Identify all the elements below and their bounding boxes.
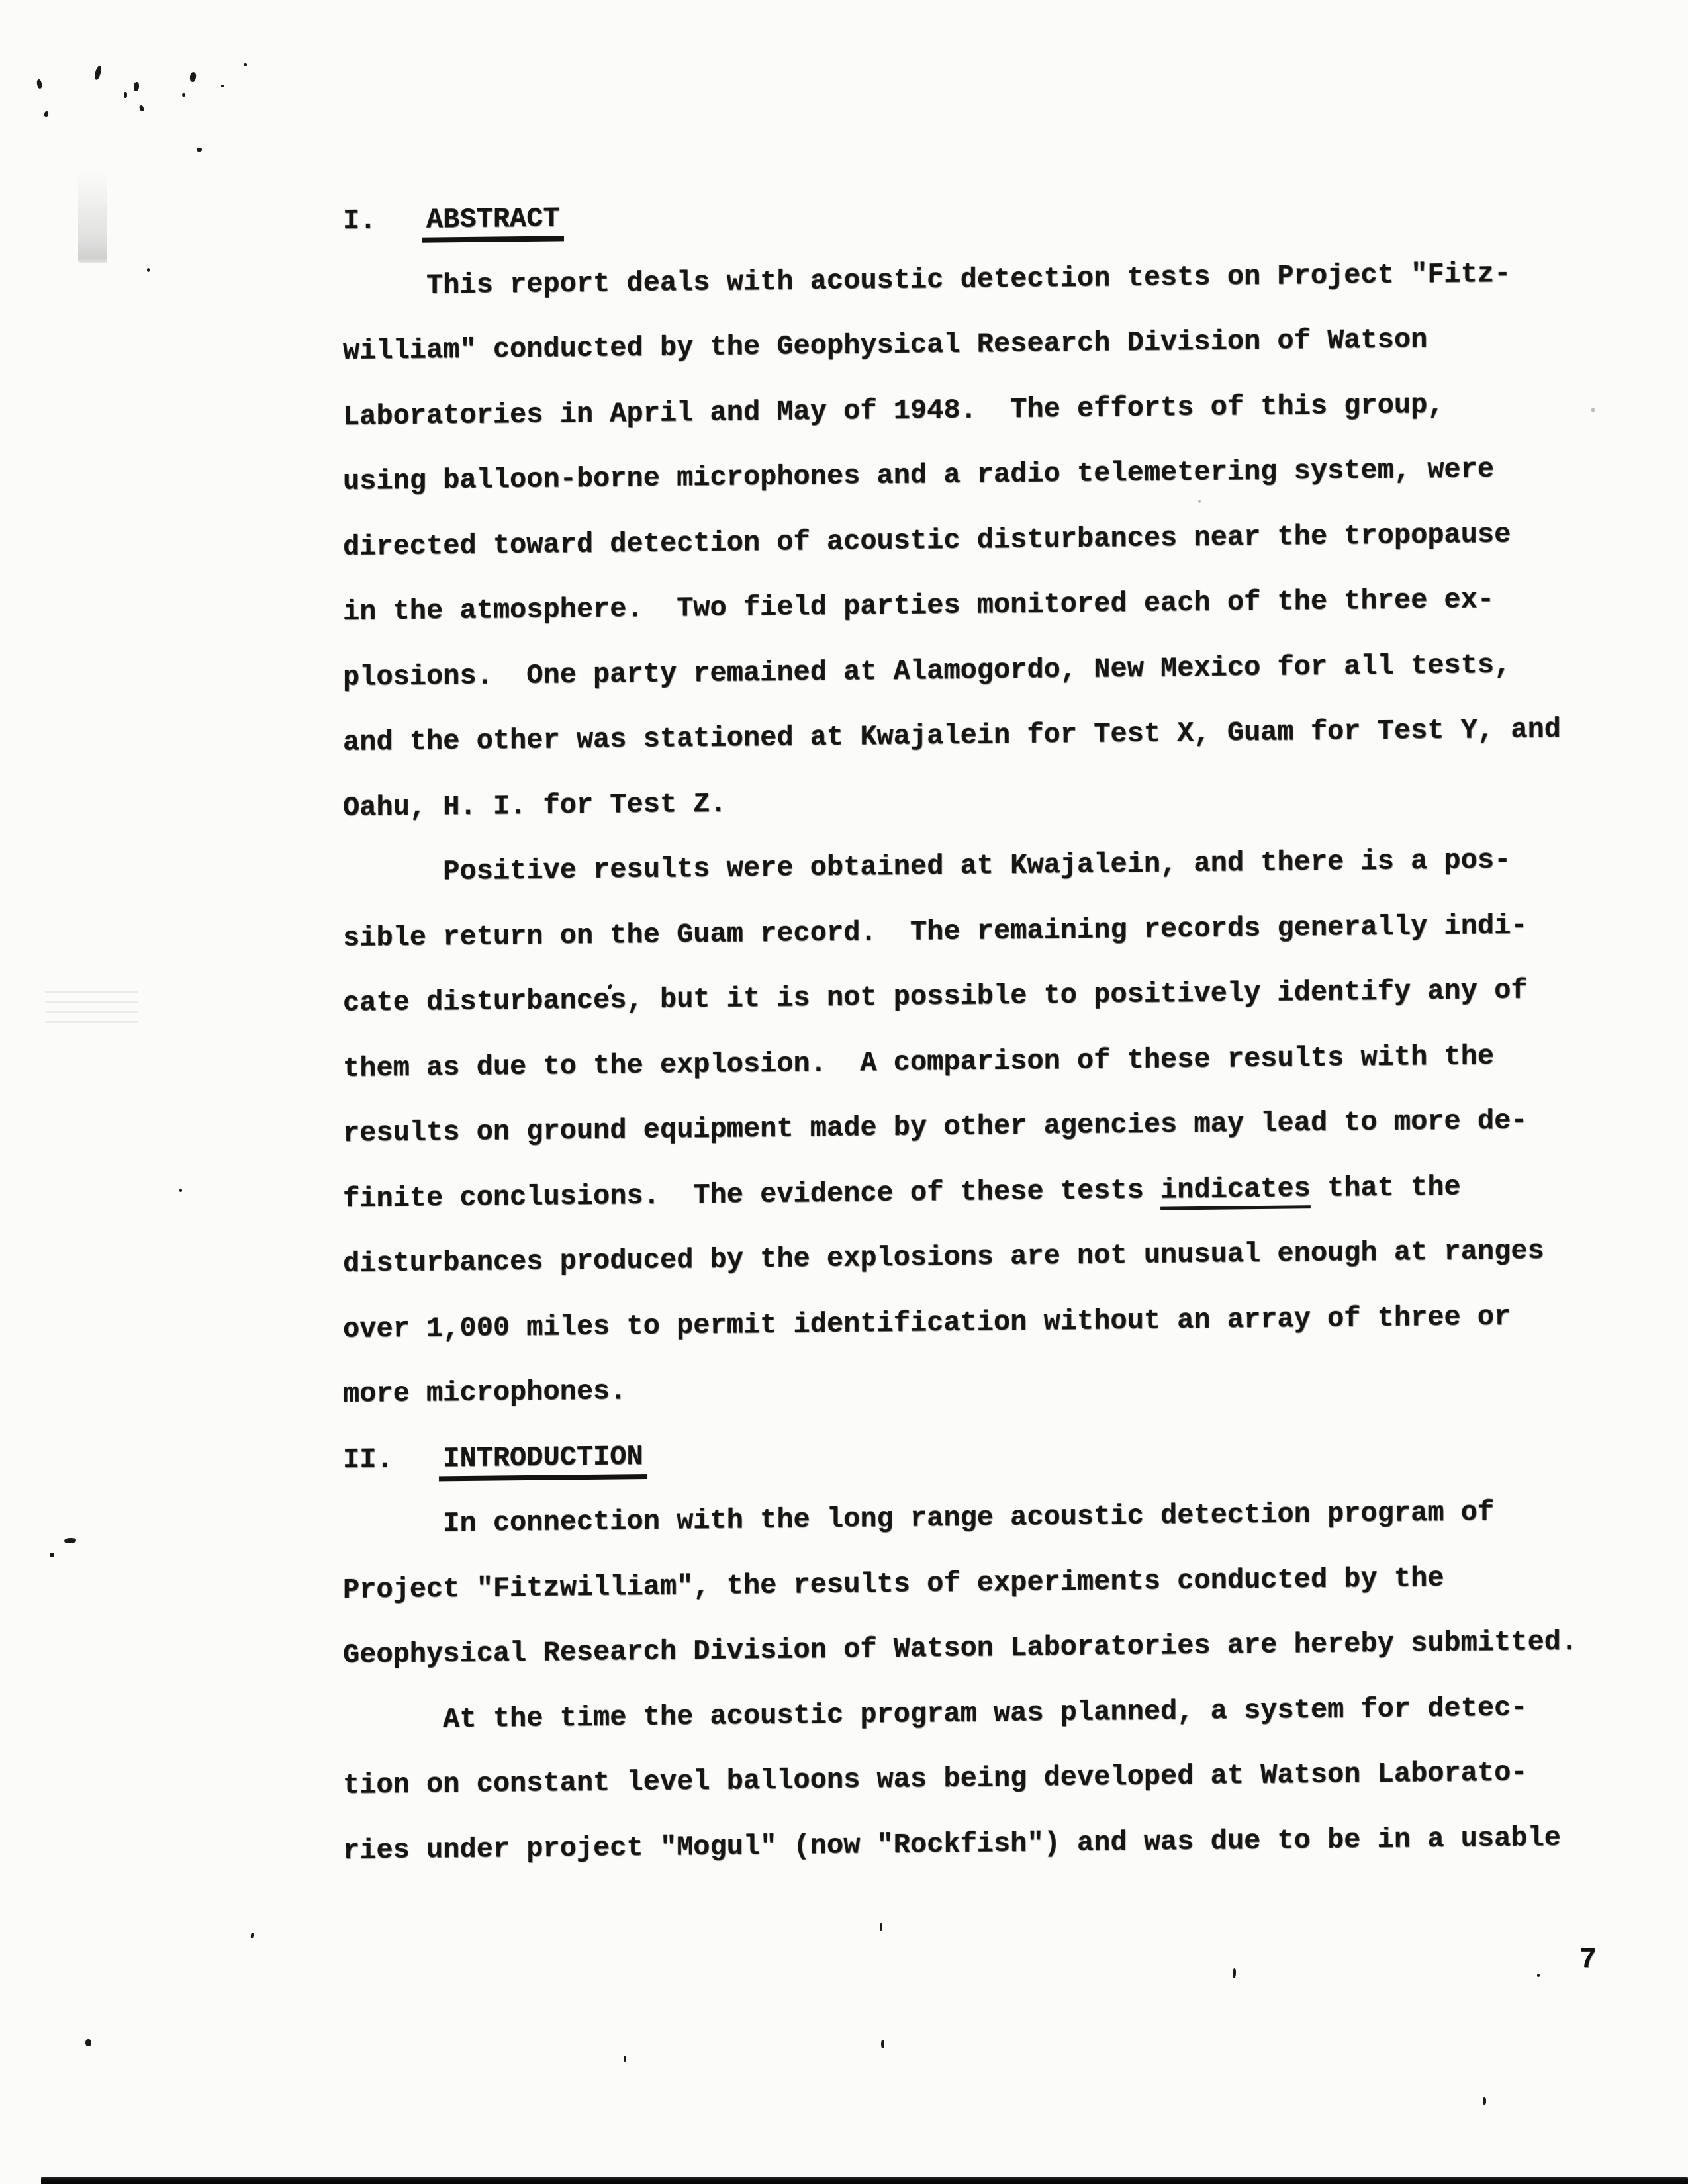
scan-faint-band (45, 991, 138, 1028)
text-run: indicates (1160, 1173, 1311, 1210)
text-run: that the (1311, 1171, 1461, 1204)
text-run: finite conclusions. The evidence of thes… (343, 1174, 1160, 1214)
scanned-page: I. ABSTRACT This report deals with acous… (0, 0, 1688, 2184)
text-run: them as due to the explosion. A comparis… (343, 1040, 1494, 1085)
ink-speck (221, 85, 224, 87)
page-number: 7 (1579, 1943, 1597, 1976)
text-run: william" conducted by the Geophysical Re… (343, 324, 1427, 367)
ink-speck (197, 148, 202, 152)
faint-speck (1198, 500, 1201, 503)
ink-speck (881, 2040, 884, 2048)
text-run: plosions. One party remained at Alamogor… (343, 649, 1511, 693)
text-run: This report deals with acoustic detectio… (343, 257, 1511, 302)
text-run: Positive results were obtained at Kwajal… (343, 844, 1511, 889)
text-line: results on ground equipment made by othe… (343, 1088, 1577, 1167)
ink-speck (182, 93, 185, 97)
ink-speck (624, 2056, 626, 2062)
ink-speck (124, 92, 127, 98)
text-run: sible return on the Guam record. The rem… (343, 909, 1528, 954)
ink-speck (880, 1923, 882, 1931)
ink-speck (1483, 2097, 1486, 2105)
text-run: Laboratories in April and May of 1948. T… (343, 388, 1444, 432)
text-run: II. (343, 1443, 443, 1476)
text-line: cate disturbances, but it is not possibl… (343, 958, 1577, 1036)
text-run: cate disturbances, but it is not possibl… (343, 975, 1528, 1019)
text-run: Project "Fitzwilliam", the results of ex… (343, 1562, 1444, 1606)
text-run: At the time the acoustic program was pla… (343, 1692, 1528, 1736)
text-run: using balloon-borne microphones and a ra… (343, 453, 1494, 498)
ink-speck (244, 63, 247, 66)
text-run: results on ground equipment made by othe… (343, 1105, 1528, 1150)
scan-edge-strip (41, 2177, 1688, 2184)
text-line: Positive results were obtained at Kwajal… (343, 827, 1577, 906)
ink-speck (147, 268, 150, 272)
ink-speck (179, 1189, 182, 1192)
text-run: disturbances produced by the explosions … (343, 1235, 1544, 1280)
text-line: and the other was stationed at Kwajalein… (343, 697, 1577, 776)
text-run: more microphones. (343, 1375, 626, 1410)
document-text-block: I. ABSTRACT This report deals with acous… (0, 0, 1688, 2184)
heading-title: INTRODUCTION (439, 1441, 647, 1481)
text-run: I. (343, 205, 426, 237)
text-line: using balloon-borne microphones and a ra… (343, 436, 1577, 515)
text-run: Geophysical Research Division of Watson … (343, 1626, 1577, 1671)
text-run: and the other was stationed at Kwajalein… (343, 713, 1561, 758)
text-line: Geophysical Research Division of Watson … (343, 1610, 1577, 1688)
ink-speck (50, 1553, 54, 1557)
text-run: Oahu, H. I. for Test Z. (343, 788, 727, 823)
faint-speck (1591, 408, 1595, 412)
text-run: In connection with the long range acoust… (343, 1496, 1494, 1541)
text-run: directed toward detection of acoustic di… (343, 518, 1511, 563)
text-line: william" conducted by the Geophysical Re… (343, 306, 1577, 385)
text-line: tion on constant level balloons was bein… (343, 1740, 1577, 1819)
text-line: In connection with the long range acoust… (343, 1479, 1577, 1558)
document-text: I. ABSTRACT This report deals with acous… (343, 175, 1577, 1884)
text-run: in the atmosphere. Two field parties mon… (343, 584, 1494, 628)
text-run: over 1,000 miles to permit identificatio… (343, 1300, 1511, 1345)
text-run: tion on constant level balloons was bein… (343, 1757, 1528, 1801)
text-line: ries under project "Mogul" (now "Rockfis… (343, 1805, 1577, 1884)
heading-title: ABSTRACT (422, 203, 564, 242)
text-line: disturbances produced by the explosions … (343, 1218, 1577, 1297)
ink-speck (1537, 1974, 1540, 1977)
text-line: over 1,000 miles to permit identificatio… (343, 1283, 1577, 1362)
ink-speck (85, 2039, 91, 2046)
text-line: in the atmosphere. Two field parties mon… (343, 567, 1577, 645)
scan-smudge-streak (78, 171, 107, 263)
text-run: ries under project "Mogul" (now "Rockfis… (343, 1822, 1561, 1867)
